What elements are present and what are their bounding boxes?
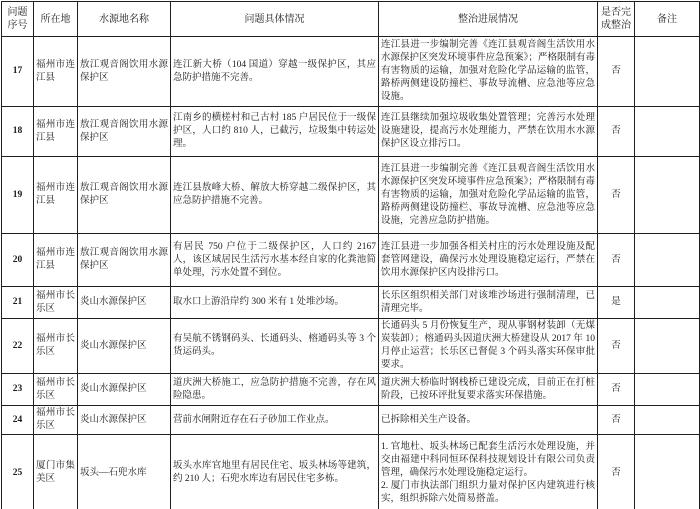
cell-problem-detail: 营前水闸附近存在石子砂加工作业点。 (171, 406, 379, 435)
cell-location: 福州市长乐区 (34, 287, 78, 319)
header-col-completed: 是否完 成整治 (598, 2, 635, 37)
cell-remark (635, 406, 700, 435)
cell-problem-detail: 连江县敖峰大桥、解放大桥穿越二级保护区，其应急防护措施不完善。 (171, 157, 379, 234)
cell-rectification-progress: 长通码头 5 月份恢复生产，现从事钢材装卸（无煤炭装卸）；榕通码头因道庆洲大桥建… (379, 319, 598, 374)
cell-problem-detail: 有居民 750 户位于二级保护区，人口约 2167 人，该区域居民生活污水基本经… (171, 234, 379, 287)
cell-problem-detail: 有吴航不锈钢码头、长通码头、榕通码头等 3 个货运码头。 (171, 319, 379, 374)
cell-water-source-name: 炎山水源保护区 (78, 319, 171, 374)
table-row: 23福州市长乐区炎山水源保护区道庆洲大桥施工，应急防护措施不完善，存在风险隐患。… (2, 374, 700, 406)
cell-problem-detail: 连江新大桥（104 国道）穿越一级保护区，其应急防护措施不完善。 (171, 37, 379, 107)
cell-remark (635, 435, 700, 509)
cell-problem-detail: 取水口上游沿岸约 300 米有 1 处堆沙场。 (171, 287, 379, 319)
cell-problem-detail: 坂头水库官地里有居民住宅、坂头林场等建筑，约 210 人；石兜水库边有居民住宅多… (171, 435, 379, 509)
cell-location: 厦门市集美区 (34, 435, 78, 509)
cell-water-source-name: 敖江观音阁饮用水源保护区 (78, 157, 171, 234)
cell-problem-number: 22 (2, 319, 34, 374)
cell-problem-number: 24 (2, 406, 34, 435)
cell-location: 福州市连江县 (34, 157, 78, 234)
table-body: 17福州市连江县敖江观音阁饮用水源保护区连江新大桥（104 国道）穿越一级保护区… (2, 37, 700, 509)
cell-water-source-name: 敖江观音阁饮用水源保护区 (78, 234, 171, 287)
cell-completed-flag: 否 (598, 234, 635, 287)
cell-remark (635, 374, 700, 406)
table-row: 18福州市连江县敖江观音阁饮用水源保护区江南乡的横槎村和己古村 185 户居民位… (2, 107, 700, 157)
cell-remark (635, 234, 700, 287)
cell-location: 福州市连江县 (34, 234, 78, 287)
cell-completed-flag: 是 (598, 287, 635, 319)
cell-water-source-name: 坂头—石兜水库 (78, 435, 171, 509)
table-row: 25厦门市集美区坂头—石兜水库坂头水库官地里有居民住宅、坂头林场等建筑，约 21… (2, 435, 700, 509)
cell-remark (635, 37, 700, 107)
cell-remark (635, 107, 700, 157)
cell-problem-detail: 江南乡的横槎村和己古村 185 户居民位于一级保护区，人口约 810 人，已截污… (171, 107, 379, 157)
cell-problem-number: 21 (2, 287, 34, 319)
table-row: 19福州市连江县敖江观音阁饮用水源保护区连江县敖峰大桥、解放大桥穿越二级保护区，… (2, 157, 700, 234)
table-header-row: 问题 序号所在地水源地名称问题具体情况整治进展情况是否完 成整治备注 (2, 2, 700, 37)
cell-completed-flag: 否 (598, 435, 635, 509)
cell-completed-flag: 否 (598, 406, 635, 435)
table-row: 24福州市长乐区炎山水源保护区营前水闸附近存在石子砂加工作业点。已拆除相关生产设… (2, 406, 700, 435)
cell-problem-number: 19 (2, 157, 34, 234)
cell-rectification-progress: 连江县进一步编制完善《连江县观音阁生活饮用水水源保护区突发环境事件应急预案》；严… (379, 37, 598, 107)
header-col-problem: 问题具体情况 (171, 2, 379, 37)
header-col-seq: 问题 序号 (2, 2, 34, 37)
cell-rectification-progress: 长乐区组织相关部门对该堆沙场进行强制清理，已清理完毕。 (379, 287, 598, 319)
cell-rectification-progress: 道庆洲大桥临时钢栈桥已建设完成，目前正在打桩阶段，已按环评批复要求落实环保措施。 (379, 374, 598, 406)
cell-location: 福州市长乐区 (34, 406, 78, 435)
header-col-remark: 备注 (635, 2, 700, 37)
header-col-source: 水源地名称 (78, 2, 171, 37)
cell-problem-detail: 道庆洲大桥施工，应急防护措施不完善，存在风险隐患。 (171, 374, 379, 406)
cell-problem-number: 23 (2, 374, 34, 406)
cell-location: 福州市长乐区 (34, 374, 78, 406)
table-row: 22福州市长乐区炎山水源保护区有吴航不锈钢码头、长通码头、榕通码头等 3 个货运… (2, 319, 700, 374)
cell-remark (635, 287, 700, 319)
cell-water-source-name: 敖江观音阁饮用水源保护区 (78, 107, 171, 157)
cell-water-source-name: 炎山水源保护区 (78, 287, 171, 319)
cell-location: 福州市长乐区 (34, 319, 78, 374)
cell-rectification-progress: 连江县进一步编制完善《连江县观音阁生活饮用水水源保护区突发环境事件应急预案》；严… (379, 157, 598, 234)
table-row: 21福州市长乐区炎山水源保护区取水口上游沿岸约 300 米有 1 处堆沙场。长乐… (2, 287, 700, 319)
cell-rectification-progress: 连江县进一步加强各相关村庄的污水处理设施及配套管网建设，确保污水处理设施稳定运行… (379, 234, 598, 287)
water-source-rectification-table: 问题 序号所在地水源地名称问题具体情况整治进展情况是否完 成整治备注 17福州市… (1, 1, 700, 509)
header-col-location: 所在地 (34, 2, 78, 37)
cell-completed-flag: 否 (598, 157, 635, 234)
cell-location: 福州市连江县 (34, 107, 78, 157)
cell-water-source-name: 敖江观音阁饮用水源保护区 (78, 37, 171, 107)
cell-problem-number: 18 (2, 107, 34, 157)
cell-remark (635, 319, 700, 374)
cell-water-source-name: 炎山水源保护区 (78, 406, 171, 435)
cell-problem-number: 20 (2, 234, 34, 287)
cell-rectification-progress: 1. 官地杜、坂头林场已配套生活污水处理设施，并交由福建中科同恒环保科技规划设计… (379, 435, 598, 509)
cell-water-source-name: 炎山水源保护区 (78, 374, 171, 406)
cell-completed-flag: 否 (598, 107, 635, 157)
cell-rectification-progress: 已拆除相关生产设备。 (379, 406, 598, 435)
cell-problem-number: 25 (2, 435, 34, 509)
cell-completed-flag: 否 (598, 374, 635, 406)
cell-rectification-progress: 连江县继续加强垃圾收集处置管理；完善污水处理设施建设，提高污水处理能力，严禁在饮… (379, 107, 598, 157)
cell-location: 福州市连江县 (34, 37, 78, 107)
cell-completed-flag: 否 (598, 37, 635, 107)
header-col-progress: 整治进展情况 (379, 2, 598, 37)
cell-completed-flag: 否 (598, 319, 635, 374)
table-row: 17福州市连江县敖江观音阁饮用水源保护区连江新大桥（104 国道）穿越一级保护区… (2, 37, 700, 107)
cell-remark (635, 157, 700, 234)
cell-problem-number: 17 (2, 37, 34, 107)
table-row: 20福州市连江县敖江观音阁饮用水源保护区有居民 750 户位于二级保护区，人口约… (2, 234, 700, 287)
